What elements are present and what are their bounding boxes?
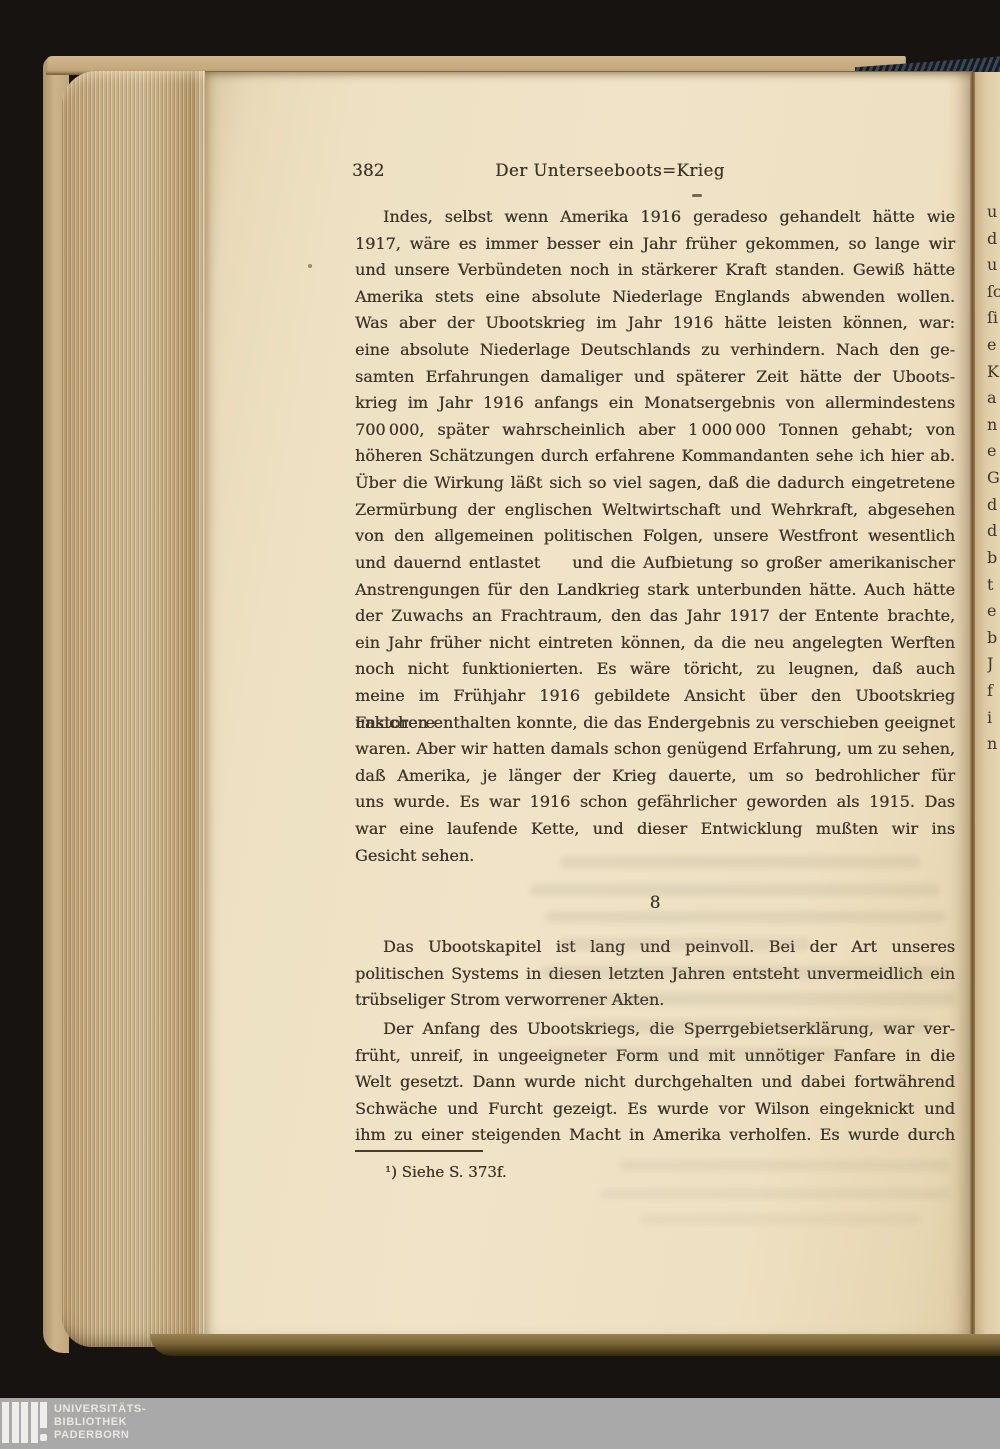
text-line: höheren Schätzungen durch erfahrene Komm… — [355, 443, 955, 470]
library-name-line2: BIBLIOTHEK — [54, 1416, 146, 1429]
letter-fragment: J — [987, 651, 1000, 678]
letter-fragment: d — [987, 226, 1000, 253]
text-line: waren. Aber wir hatten damals schon genü… — [355, 736, 955, 763]
page-bottom-shadow — [150, 1334, 1000, 1356]
library-name-line3: PADERBORN — [54, 1429, 146, 1442]
letter-fragment: K — [987, 359, 1000, 386]
text-line: Über die Wirkung läßt sich so viel sagen… — [355, 470, 955, 497]
letter-fragment: d — [987, 518, 1000, 545]
letter-fragment: d — [987, 492, 1000, 519]
text-line: ein Jahr früher nicht eintreten können, … — [355, 630, 955, 657]
letter-fragment: e — [987, 598, 1000, 625]
logo-bar — [12, 1402, 19, 1443]
letter-fragment: ſi — [987, 305, 1000, 332]
logo-bar-dot — [40, 1434, 47, 1441]
ink-speck — [692, 194, 702, 197]
text-line: daß Amerika, je länger der Krieg dauerte… — [355, 763, 955, 790]
text-line: eine absolute Niederlage Deutschlands zu… — [355, 337, 955, 364]
text-line: uns wurde. Es war 1916 schon gefährliche… — [355, 789, 955, 816]
text-line: Welt gesetzt. Dann wurde nicht durchgeha… — [355, 1069, 955, 1096]
logo-bar — [40, 1402, 47, 1428]
letter-fragment: G — [987, 465, 1000, 492]
library-watermark-band: UNIVERSITÄTS- BIBLIOTHEK PADERBORN — [0, 1398, 1000, 1449]
letter-fragment: b — [987, 545, 1000, 572]
text-line: der Zuwachs an Frachtraum, den das Jahr … — [355, 603, 955, 630]
section-number: 8 — [355, 893, 955, 913]
text-line: Zermürbung der englischen Weltwirtschaft… — [355, 497, 955, 524]
text-line: von den allgemeinen politischen Folgen, … — [355, 523, 955, 550]
letter-fragment: n — [987, 731, 1000, 758]
page-stack-fore-edge — [62, 71, 208, 1347]
paragraph-1: Indes, selbst wenn Amerika 1916 geradeso… — [355, 204, 955, 869]
letter-fragment: n — [987, 412, 1000, 439]
text-line: 700 000, später wahrscheinlich aber 1 00… — [355, 417, 955, 444]
text-line: Schwäche und Furcht gezeigt. Es wurde vo… — [355, 1096, 955, 1123]
letter-fragment: f — [987, 678, 1000, 705]
text-line: Anstrengungen für den Landkrieg stark un… — [355, 577, 955, 604]
logo-bar — [2, 1402, 9, 1443]
ink-speck — [308, 264, 312, 268]
footnote-rule — [355, 1150, 483, 1152]
text-line: 1917, wäre es immer besser ein Jahr früh… — [355, 231, 955, 258]
letter-fragment: b — [987, 625, 1000, 652]
text-line: meine im Frühjahr 1916 gebildete Ansicht… — [355, 683, 955, 710]
text-line: Faktoren enthalten konnte, die das Ender… — [355, 710, 955, 737]
letter-fragment: u — [987, 199, 1000, 226]
letter-fragment: t — [987, 572, 1000, 599]
text-line: ihm zu einer steigenden Macht in Amerika… — [355, 1122, 955, 1149]
running-header: Der Unterseeboots=Krieg — [440, 161, 780, 180]
text-line: Amerika stets eine absolute Niederlage E… — [355, 284, 955, 311]
letter-fragment: i — [987, 705, 1000, 732]
page-number: 382 — [352, 161, 384, 181]
letter-fragment: a — [987, 385, 1000, 412]
text-line: und unsere Verbündeten noch in stärkerer… — [355, 257, 955, 284]
logo-bar — [21, 1402, 28, 1443]
facing-page-letter-fragments: u d u ſc ſi e K a n e G d d b t e b J f … — [987, 199, 1000, 758]
text-line: krieg im Jahr 1916 anfangs ein Monatserg… — [355, 390, 955, 417]
letter-fragment: e — [987, 332, 1000, 359]
footnote: ¹) Siehe S. 373f. — [385, 1163, 507, 1181]
text-line: noch nicht funktionierten. Es wäre töric… — [355, 656, 955, 683]
letter-fragment: ſc — [987, 279, 1000, 306]
logo-bar — [31, 1402, 38, 1443]
text-line: samten Erfahrungen damaliger und spätere… — [355, 364, 955, 391]
letter-fragment: e — [987, 438, 1000, 465]
text-line: und dauernd entlastet und die Aufbietung… — [355, 550, 955, 577]
library-name-line1: UNIVERSITÄTS- — [54, 1403, 146, 1416]
letter-fragment: u — [987, 252, 1000, 279]
library-name: UNIVERSITÄTS- BIBLIOTHEK PADERBORN — [54, 1403, 146, 1442]
text-line: Indes, selbst wenn Amerika 1916 geradeso… — [355, 204, 955, 231]
paragraph-3: Der Anfang des Ubootskriegs, die Sperrge… — [355, 1016, 955, 1149]
text-line: war eine laufende Kette, und dieser Entw… — [355, 816, 955, 843]
text-line: Was aber der Ubootskrieg im Jahr 1916 hä… — [355, 310, 955, 337]
